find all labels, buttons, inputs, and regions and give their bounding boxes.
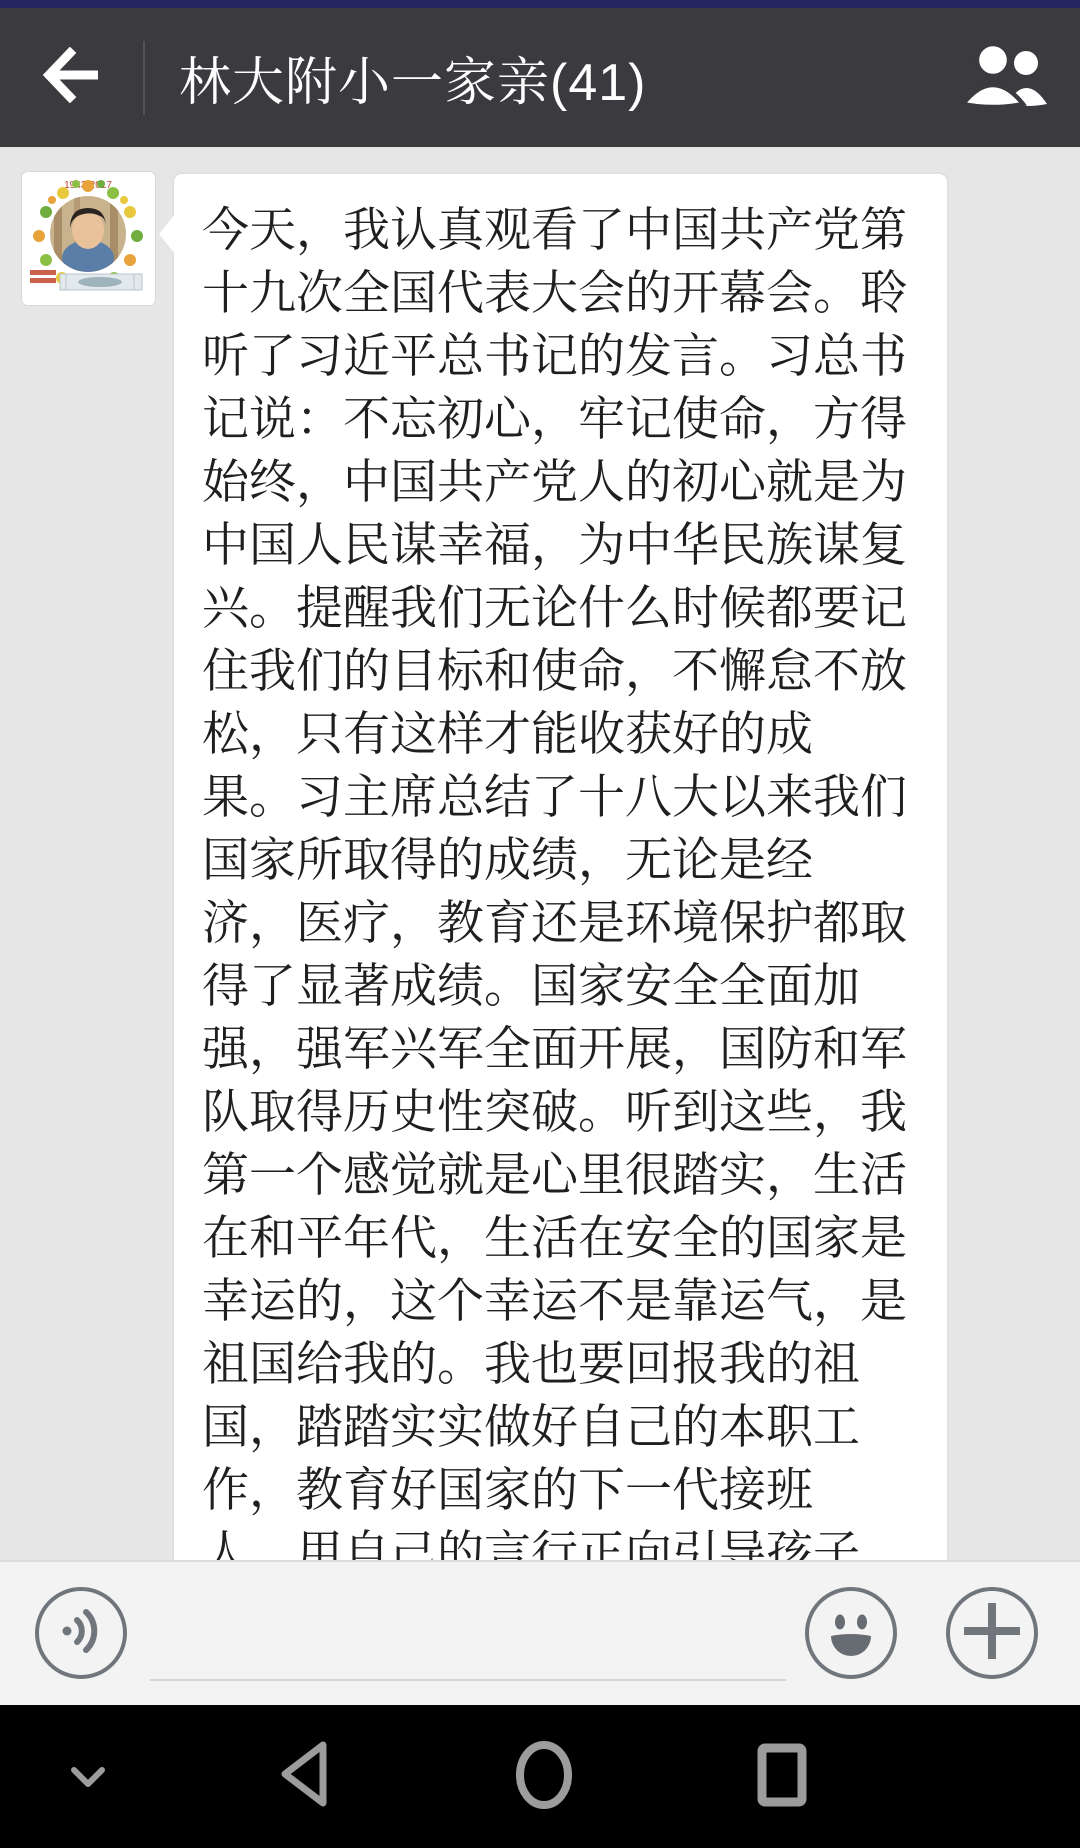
android-nav-bar <box>0 1705 1080 1848</box>
sender-avatar[interactable]: 1943-2017 <box>22 172 155 305</box>
chevron-down-icon <box>68 1764 108 1795</box>
message-text: 今天，我认真观看了中国共产党第十九次全国代表大会的开幕会。聆听了习近平总书记的发… <box>202 198 919 1560</box>
message-text-line: 国家所取得的成绩，无论是经 <box>202 828 919 891</box>
chat-title: 林大附小一家亲(41) <box>179 40 930 115</box>
emoji-button[interactable] <box>805 1587 897 1679</box>
wechat-group-chat-screen: 林大附小一家亲(41) 1943- <box>0 0 1080 1848</box>
sound-wave-icon <box>57 1607 105 1660</box>
message-text-line: 作，教育好国家的下一代接班 <box>202 1458 919 1521</box>
message-text-line: 听了习近平总书记的发言。习总书 <box>202 324 919 387</box>
message-text-line: 强，强军兴军全面开展，国防和军 <box>202 1017 919 1080</box>
message-text-input[interactable] <box>150 1572 786 1681</box>
more-options-button[interactable] <box>946 1587 1038 1679</box>
hide-navbar-button[interactable] <box>58 1757 118 1801</box>
message-text-line: 兴。提醒我们无论什么时候都要记 <box>202 576 919 639</box>
triangle-left-icon <box>273 1737 333 1816</box>
message-text-line: 十九次全国代表大会的开幕会。聆 <box>202 261 919 324</box>
chat-message-area[interactable]: 1943-2017 <box>0 147 1080 1560</box>
message-text-line: 始终，中国共产党人的初心就是为 <box>202 450 919 513</box>
circle-icon <box>511 1738 577 1817</box>
message-text-line: 国，踏踏实实做好自己的本职工 <box>202 1395 919 1458</box>
message-text-line: 人，用自己的言行正向引导孩子 <box>202 1521 919 1560</box>
message-text-line: 济，医疗，教育还是环境保护都取 <box>202 891 919 954</box>
message-text-line: 记说：不忘初心，牢记使命，方得 <box>202 387 919 450</box>
message-text-line: 住我们的目标和使命，不懈怠不放 <box>202 639 919 702</box>
message-text-line: 幸运的，这个幸运不是靠运气，是 <box>202 1269 919 1332</box>
nav-recents-button[interactable] <box>748 1739 816 1815</box>
message-text-line: 今天，我认真观看了中国共产党第 <box>202 198 919 261</box>
square-icon <box>752 1740 812 1815</box>
message-text-line: 果。习主席总结了十八大以来我们 <box>202 765 919 828</box>
smiley-face-icon <box>821 1601 881 1666</box>
message-text-line: 队取得历史性突破。听到这些，我 <box>202 1080 919 1143</box>
status-bar-strip <box>0 0 1080 8</box>
message-text-line: 在和平年代，生活在安全的国家是 <box>202 1206 919 1269</box>
message-text-line: 中国人民谋幸福，为中华民族谋复 <box>202 513 919 576</box>
message-text-line: 得了显著成绩。国家安全全面加 <box>202 954 919 1017</box>
group-members-button[interactable] <box>930 8 1080 147</box>
message-text-line: 祖国给我的。我也要回报我的祖 <box>202 1332 919 1395</box>
nav-home-button[interactable] <box>508 1737 580 1817</box>
message-text-line: 松，只有这样才能收获好的成 <box>202 702 919 765</box>
back-button[interactable] <box>0 8 143 147</box>
header-divider <box>143 41 145 115</box>
chat-header: 林大附小一家亲(41) <box>0 8 1080 147</box>
message-text-line: 第一个感觉就是心里很踏实，生活 <box>202 1143 919 1206</box>
contacts-group-icon <box>959 42 1051 113</box>
message-input-bar <box>0 1560 1080 1705</box>
bubble-tail <box>159 214 175 254</box>
arrow-left-icon <box>40 47 104 108</box>
message-bubble[interactable]: 今天，我认真观看了中国共产党第十九次全国代表大会的开幕会。聆听了习近平总书记的发… <box>172 172 949 1560</box>
plus-icon <box>962 1601 1022 1666</box>
nav-back-button[interactable] <box>270 1735 336 1817</box>
message-row: 今天，我认真观看了中国共产党第十九次全国代表大会的开幕会。聆听了习近平总书记的发… <box>172 172 949 1560</box>
voice-message-button[interactable] <box>35 1587 127 1679</box>
